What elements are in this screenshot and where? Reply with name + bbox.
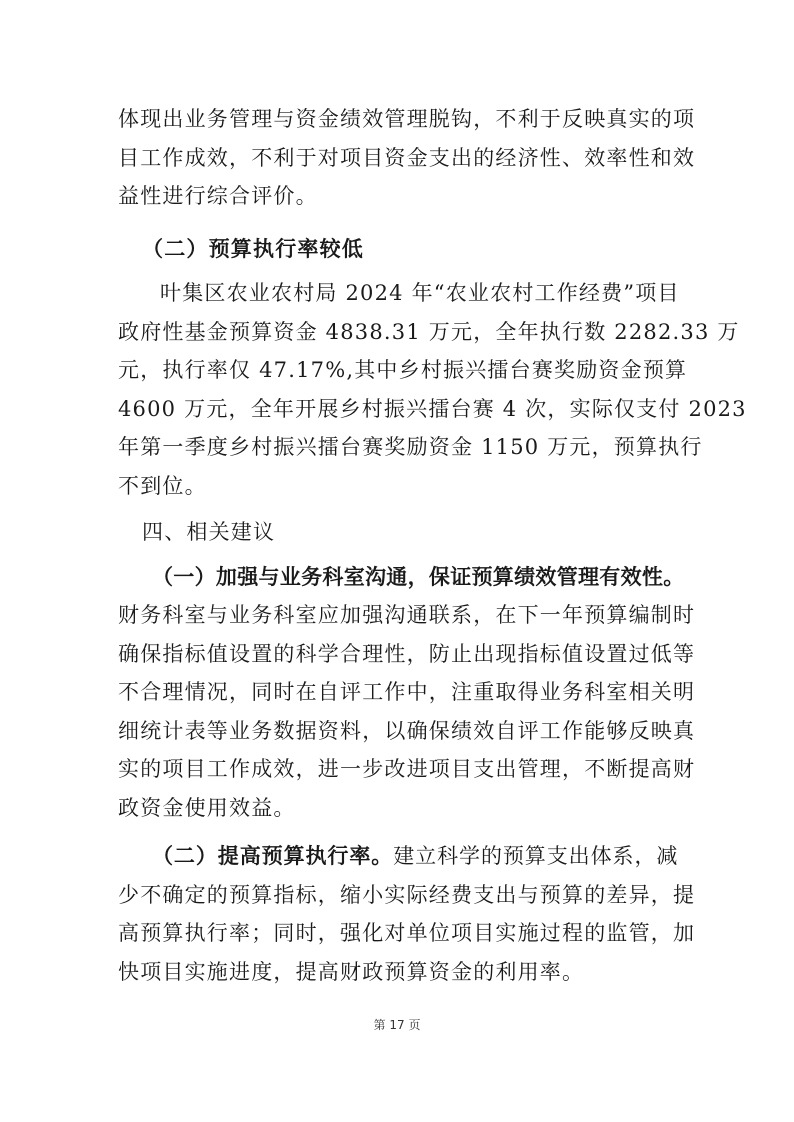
text-line: 确保指标值设置的科学合理性，防止出现指标值设置过低等: [118, 635, 678, 674]
text-line: 叶集区农业农村局 2024 年“农业农村工作经费”项目: [118, 274, 678, 313]
text-line: 政资金使用效益。: [118, 789, 678, 828]
recommendation-1-title: （一）加强与业务科室沟通，保证预算绩效管理有效性。: [118, 558, 678, 597]
text-line: 高预算执行率；同时，强化对单位项目实施过程的监管，加: [118, 914, 678, 953]
subheading-budget-execution-low: （二）预算执行率较低: [118, 230, 678, 269]
text-line: 细统计表等业务数据资料，以确保绩效自评工作能够反映真: [118, 712, 678, 751]
page-number: 第 17 页: [0, 1016, 794, 1033]
text-line: 实的项目工作成效，进一步改进项目支出管理，不断提高财: [118, 750, 678, 789]
paragraph-continuation: 体现出业务管理与资金绩效管理脱钩，不利于反映真实的项 目工作成效，不利于对项目资…: [118, 100, 678, 216]
text-line: 政府性基金预算资金 4838.31 万元，全年执行数 2282.33 万: [118, 313, 678, 352]
text-line: 不合理情况，同时在自评工作中，注重取得业务科室相关明: [118, 673, 678, 712]
text-line: 快项目实施进度，提高财政预算资金的利用率。: [118, 953, 678, 992]
paragraph-recommendation-1: （一）加强与业务科室沟通，保证预算绩效管理有效性。 财务科室与业务科室应加强沟通…: [118, 558, 678, 828]
document-page: 体现出业务管理与资金绩效管理脱钩，不利于反映真实的项 目工作成效，不利于对项目资…: [118, 100, 678, 991]
section-heading-recommendations: 四、相关建议: [118, 513, 678, 552]
text-line: 目工作成效，不利于对项目资金支出的经济性、效率性和效: [118, 139, 678, 178]
recommendation-2-title: （二）提高预算执行率。: [152, 844, 393, 868]
text-line: 财务科室与业务科室应加强沟通联系，在下一年预算编制时: [118, 596, 678, 635]
text-line: 年第一季度乡村振兴擂台赛奖励资金 1150 万元，预算执行: [118, 428, 678, 467]
text-line: 体现出业务管理与资金绩效管理脱钩，不利于反映真实的项: [118, 100, 678, 139]
text-line: （二）提高预算执行率。建立科学的预算支出体系，减: [118, 837, 678, 876]
paragraph-budget-execution: 叶集区农业农村局 2024 年“农业农村工作经费”项目 政府性基金预算资金 48…: [118, 274, 678, 505]
text-line: 益性进行综合评价。: [118, 177, 678, 216]
text-line: 元，执行率仅 47.17%,其中乡村振兴擂台赛奖励资金预算: [118, 351, 678, 390]
text-line: 4600 万元，全年开展乡村振兴擂台赛 4 次，实际仅支付 2023: [118, 390, 678, 429]
text-line: 少不确定的预算指标，缩小实际经费支出与预算的差异，提: [118, 876, 678, 915]
text-line: 不到位。: [118, 467, 678, 506]
paragraph-recommendation-2: （二）提高预算执行率。建立科学的预算支出体系，减 少不确定的预算指标，缩小实际经…: [118, 837, 678, 991]
recommendation-2-text: 建立科学的预算支出体系，减: [393, 844, 678, 868]
